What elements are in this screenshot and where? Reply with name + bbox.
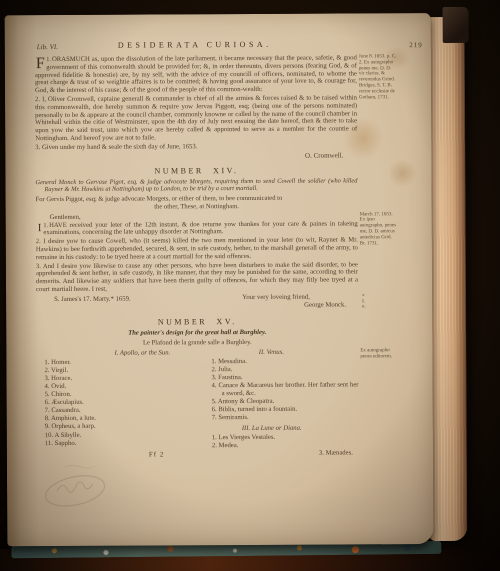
letter-paragraph-1: 1.IHAVE received your leter of the 12th … (36, 220, 358, 237)
paragraph-2: 2. I, Oliver Cromwell, captaine generall… (35, 94, 357, 142)
valediction: Your very loveing friend, (206, 293, 346, 301)
ceiling-design-lists: I. Apollo, or the Sun. 1. Homer. 2. Virg… (36, 348, 399, 462)
footnote-mark: * I. e. (362, 294, 366, 309)
list-item: 7. Semiramis. (212, 414, 359, 423)
drop-cap: I (36, 222, 44, 233)
letter-paragraph-2: 2. I desire yow to cause Cowell, who (it… (36, 237, 358, 262)
monck-letter-text: Gentlemen, 1.IHAVE received your leter o… (36, 212, 359, 314)
monck-letter-section: Gentlemen, 1.IHAVE received your leter o… (36, 212, 399, 314)
letter-paragraph-3: 3. And I desire yow likewise to cause an… (36, 261, 358, 294)
paragraph-text: ORASMUCH as, upon the dissolution of the… (35, 54, 357, 94)
margin-note-xv: Ex autographo penes editorem. (360, 348, 398, 360)
running-header: Lib. VI. DESIDERATA CURIOSA. (35, 39, 397, 52)
photo-background: 219 Lib. VI. DESIDERATA CURIOSA. 1.FORAS… (0, 0, 500, 571)
apollo-list: 1. Homer. 2. Virgil. 3. Horace. 4. Ovid.… (44, 358, 194, 448)
letter-abstract: General Monck to Gervase Pigot, esq. & j… (35, 177, 357, 193)
list-item-offset: 3. Mænades. (319, 449, 353, 457)
margin-note-cromwell: June 8. 1653. p. C. 2. Ex autographo pen… (359, 54, 397, 101)
number-xv-head-block: NUMBER XV. The painter's design for the … (36, 316, 358, 348)
page-content: Lib. VI. DESIDERATA CURIOSA. 1.FORASMUCH… (35, 39, 399, 462)
cromwell-signature: O. Cromwell. (35, 151, 357, 161)
diana-list: 1. Les Vierges Vestales. 2. Medea. (212, 433, 359, 450)
section-heading-xv: NUMBER XV. (36, 316, 358, 327)
number-xiv-head-block: NUMBER XIV. General Monck to Gervase Pig… (35, 165, 357, 212)
letter-closing: S. James's 17. Marty.* 1659. Your very l… (36, 293, 358, 314)
pencil-inscription (37, 457, 117, 517)
book-cover-corner (443, 7, 469, 43)
venus-list: 1. Messalina. 2. Julia. 3. Faustina. 4. … (211, 357, 358, 423)
drop-cap: F (35, 56, 46, 70)
diana-header: III. La Lune or Diana. (197, 424, 347, 433)
list-item: 11. Sappho. (45, 439, 195, 448)
section-heading-xiv: NUMBER XIV. (35, 165, 357, 176)
margin-note-monck: March 17. 1653. Ex ipso autographo, pene… (360, 212, 398, 247)
venus-header: II. Venus. (196, 348, 346, 357)
gathering-signature: Ff 2 (149, 450, 165, 458)
running-title: DESIDERATA CURIOSA. (77, 40, 313, 50)
design-title-french: Le Plafond de la grande salle a Burghley… (36, 338, 358, 348)
design-title-english: The painter's design for the great hall … (36, 328, 358, 338)
page-number: 219 (409, 41, 423, 49)
cromwell-summons-section: 1.FORASMUCH as, upon the dissolution of … (35, 54, 398, 162)
list-item: 4. Canace & Macareus her brother. Her fa… (212, 381, 359, 398)
book-page: 219 Lib. VI. DESIDERATA CURIOSA. 1.FORAS… (5, 13, 434, 546)
paragraph-1: 1.FORASMUCH as, upon the dissolution of … (35, 54, 357, 95)
lists-block: I. Apollo, or the Sun. 1. Homer. 2. Virg… (36, 348, 359, 462)
cromwell-summons-text: 1.FORASMUCH as, upon the dissolution of … (35, 54, 358, 162)
book: 219 Lib. VI. DESIDERATA CURIOSA. 1.FORAS… (0, 0, 500, 571)
book-part-label: Lib. VI. (37, 43, 58, 51)
dateline: S. James's 17. Marty.* 1659. (54, 295, 131, 302)
paragraph-text: HAVE received your leter of the 12th ins… (43, 220, 357, 236)
